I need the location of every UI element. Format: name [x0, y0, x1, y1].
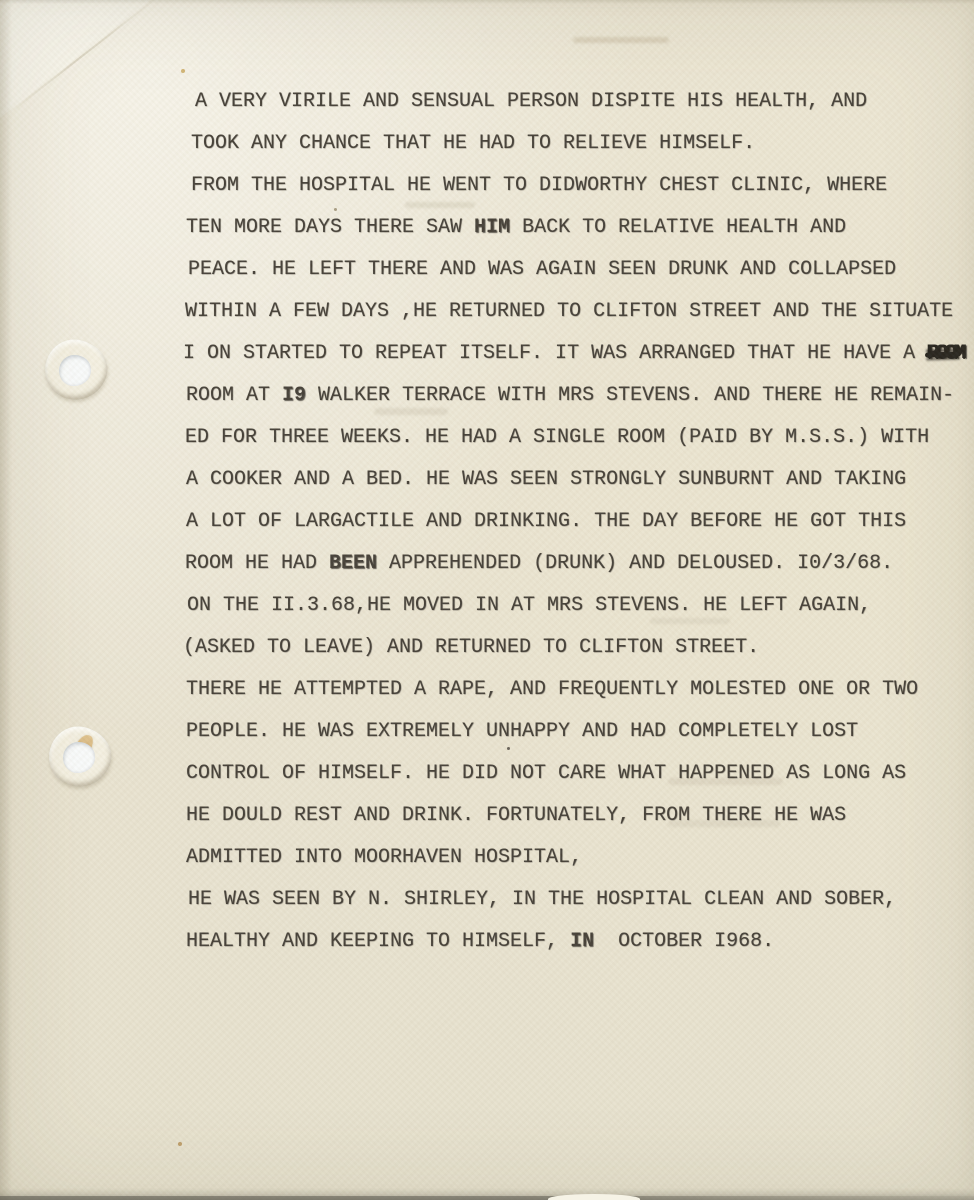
typewritten-line: A COOKER AND A BED. HE WAS SEEN STRONGLY…: [186, 459, 974, 501]
typewritten-line: ADMITTED INTO MOORHAVEN HOSPITAL,: [186, 837, 974, 879]
typewritten-line: THERE HE ATTEMPTED A RAPE, AND FREQUENTL…: [186, 669, 974, 711]
typewritten-line: PEOPLE. HE WAS EXTREMELY UNHAPPY AND HAD…: [186, 711, 974, 753]
paper-left-edge-shadow: [0, 0, 16, 1200]
typewritten-line: I ON STARTED TO REPEAT ITSELF. IT WAS AR…: [183, 333, 974, 375]
typewritten-line: ON THE II.3.68,HE MOVED IN AT MRS STEVEN…: [187, 585, 974, 627]
paper-bottom-edge: [0, 1196, 974, 1200]
paper-bottom-tear: [548, 1194, 640, 1200]
struck-out-word: ROOM: [927, 333, 963, 375]
typewritten-line: ED FOR THREE WEEKS. HE HAD A SINGLE ROOM…: [185, 417, 974, 459]
typewritten-line: HE WAS SEEN BY N. SHIRLEY, IN THE HOSPIT…: [188, 879, 974, 921]
typewritten-text-block: A VERY VIRILE AND SENSUAL PERSON DISPITE…: [186, 81, 974, 963]
typewritten-line: A LOT OF LARGACTILE AND DRINKING. THE DA…: [186, 501, 974, 543]
typewritten-line: TOOK ANY CHANCE THAT HE HAD TO RELIEVE H…: [191, 123, 974, 165]
typewritten-line: A VERY VIRILE AND SENSUAL PERSON DISPITE…: [195, 81, 974, 123]
paper-speck: [181, 69, 185, 73]
typewritten-line: (ASKED TO LEAVE) AND RETURNED TO CLIFTON…: [183, 627, 974, 669]
typewritten-line: TEN MORE DAYS THERE SAW HIM BACK TO RELA…: [186, 207, 974, 249]
typewritten-line: FROM THE HOSPITAL HE WENT TO DIDWORTHY C…: [191, 165, 974, 207]
paper-top-edge-shadow: [0, 0, 974, 4]
paper-speck: [178, 1142, 182, 1146]
punch-hole-bottom: [49, 727, 111, 787]
typewritten-line: HEALTHY AND KEEPING TO HIMSELF, IN OCTOB…: [186, 921, 974, 963]
typewritten-line: ROOM HE HAD BEEN APPREHENDED (DRUNK) AND…: [185, 543, 974, 585]
typewritten-line: CONTROL OF HIMSELF. HE DID NOT CARE WHAT…: [186, 753, 974, 795]
typewritten-line: HE DOULD REST AND DRINK. FORTUNATELY, FR…: [186, 795, 974, 837]
ink-smudge: [573, 37, 669, 43]
punch-hole-top: [45, 340, 107, 400]
paper-sheet: A VERY VIRILE AND SENSUAL PERSON DISPITE…: [0, 0, 974, 1200]
typewritten-line: ROOM AT I9 WALKER TERRACE WITH MRS STEVE…: [186, 375, 974, 417]
typewritten-line: WITHIN A FEW DAYS ,HE RETURNED TO CLIFTO…: [185, 291, 974, 333]
typewritten-line: PEACE. HE LEFT THERE AND WAS AGAIN SEEN …: [188, 249, 974, 291]
scanned-typewritten-page: { "page": { "kind": "typewritten carbon-…: [0, 0, 974, 1200]
